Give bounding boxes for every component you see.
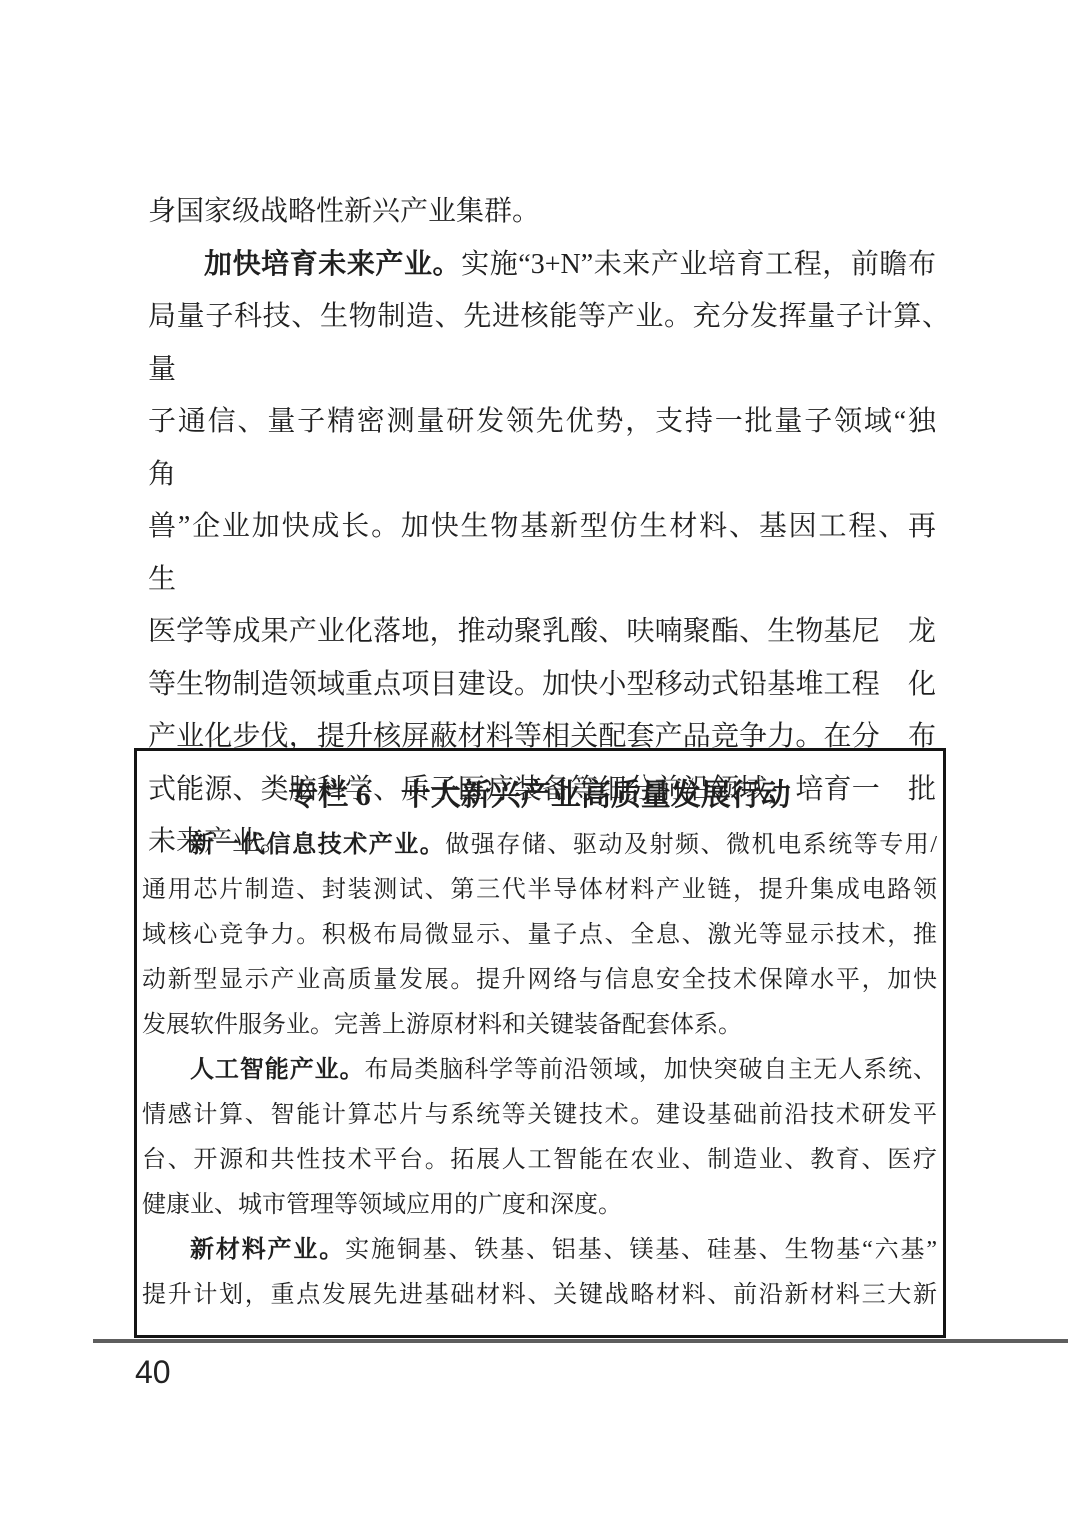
bold-lead: 新材料产业。 xyxy=(190,1237,345,1263)
text-line: 身国家级战略性新兴产业集群。 xyxy=(148,186,936,239)
text-line: 新材料产业。实施铜基、铁基、铝基、镁基、硅基、生物基“六基” xyxy=(142,1228,937,1273)
column-box-title: 专栏 6 十大新兴产业高质量发展行动 xyxy=(142,770,937,822)
bold-lead: 人工智能产业。 xyxy=(190,1057,365,1083)
text-line: 动新型显示产业高质量发展。提升网络与信息安全技术保障水平，加快 xyxy=(142,958,937,1003)
text-line: 台、开源和共性技术平台。拓展人工智能在农业、制造业、教育、医疗 xyxy=(142,1138,937,1183)
text-line: 医学等成果产业化落地，推动聚乳酸、呋喃聚酯、生物基尼 龙 xyxy=(148,606,936,659)
text-line: 兽”企业加快成长。加快生物基新型仿生材料、基因工程、再 生 xyxy=(148,501,936,606)
special-column-box: 专栏 6 十大新兴产业高质量发展行动 新一代信息技术产业。做强存储、驱动及射频、… xyxy=(134,748,946,1338)
text-line: 新一代信息技术产业。做强存储、驱动及射频、微机电系统等专用/ xyxy=(142,823,937,868)
page-number: 40 xyxy=(135,1352,171,1392)
text-line: 通用芯片制造、封装测试、第三代半导体材料产业链，提升集成电路领 xyxy=(142,868,937,913)
text-line: 加快培育未来产业。实施“3+N”未来产业培育工程，前瞻布 xyxy=(148,239,936,292)
document-page: 身国家级战略性新兴产业集群。加快培育未来产业。实施“3+N”未来产业培育工程，前… xyxy=(0,0,1080,1527)
box-continuation-rule xyxy=(93,1339,1068,1343)
text-line: 人工智能产业。布局类脑科学等前沿领域，加快突破自主无人系统、 xyxy=(142,1048,937,1093)
text-line: 域核心竞争力。积极布局微显示、量子点、全息、激光等显示技术，推 xyxy=(142,913,937,958)
text-line: 情感计算、智能计算芯片与系统等关键技术。建设基础前沿技术研发平 xyxy=(142,1093,937,1138)
column-box-body: 新一代信息技术产业。做强存储、驱动及射频、微机电系统等专用/通用芯片制造、封装测… xyxy=(142,823,937,1318)
text-line: 局量子科技、生物制造、先进核能等产业。充分发挥量子计算、 量 xyxy=(148,291,936,396)
text-line: 提升计划，重点发展先进基础材料、关键战略材料、前沿新材料三大新 xyxy=(142,1273,937,1318)
text-line: 等生物制造领域重点项目建设。加快小型移动式铅基堆工程 化 xyxy=(148,659,936,712)
text-line: 子通信、量子精密测量研发领先优势，支持一批量子领域“独 角 xyxy=(148,396,936,501)
bold-lead: 新一代信息技术产业。 xyxy=(190,832,445,858)
bold-lead: 加快培育未来产业。 xyxy=(204,249,461,280)
text-line: 健康业、城市管理等领域应用的广度和深度。 xyxy=(142,1183,937,1228)
text-line: 发展软件服务业。完善上游原材料和关键装备配套体系。 xyxy=(142,1003,937,1048)
